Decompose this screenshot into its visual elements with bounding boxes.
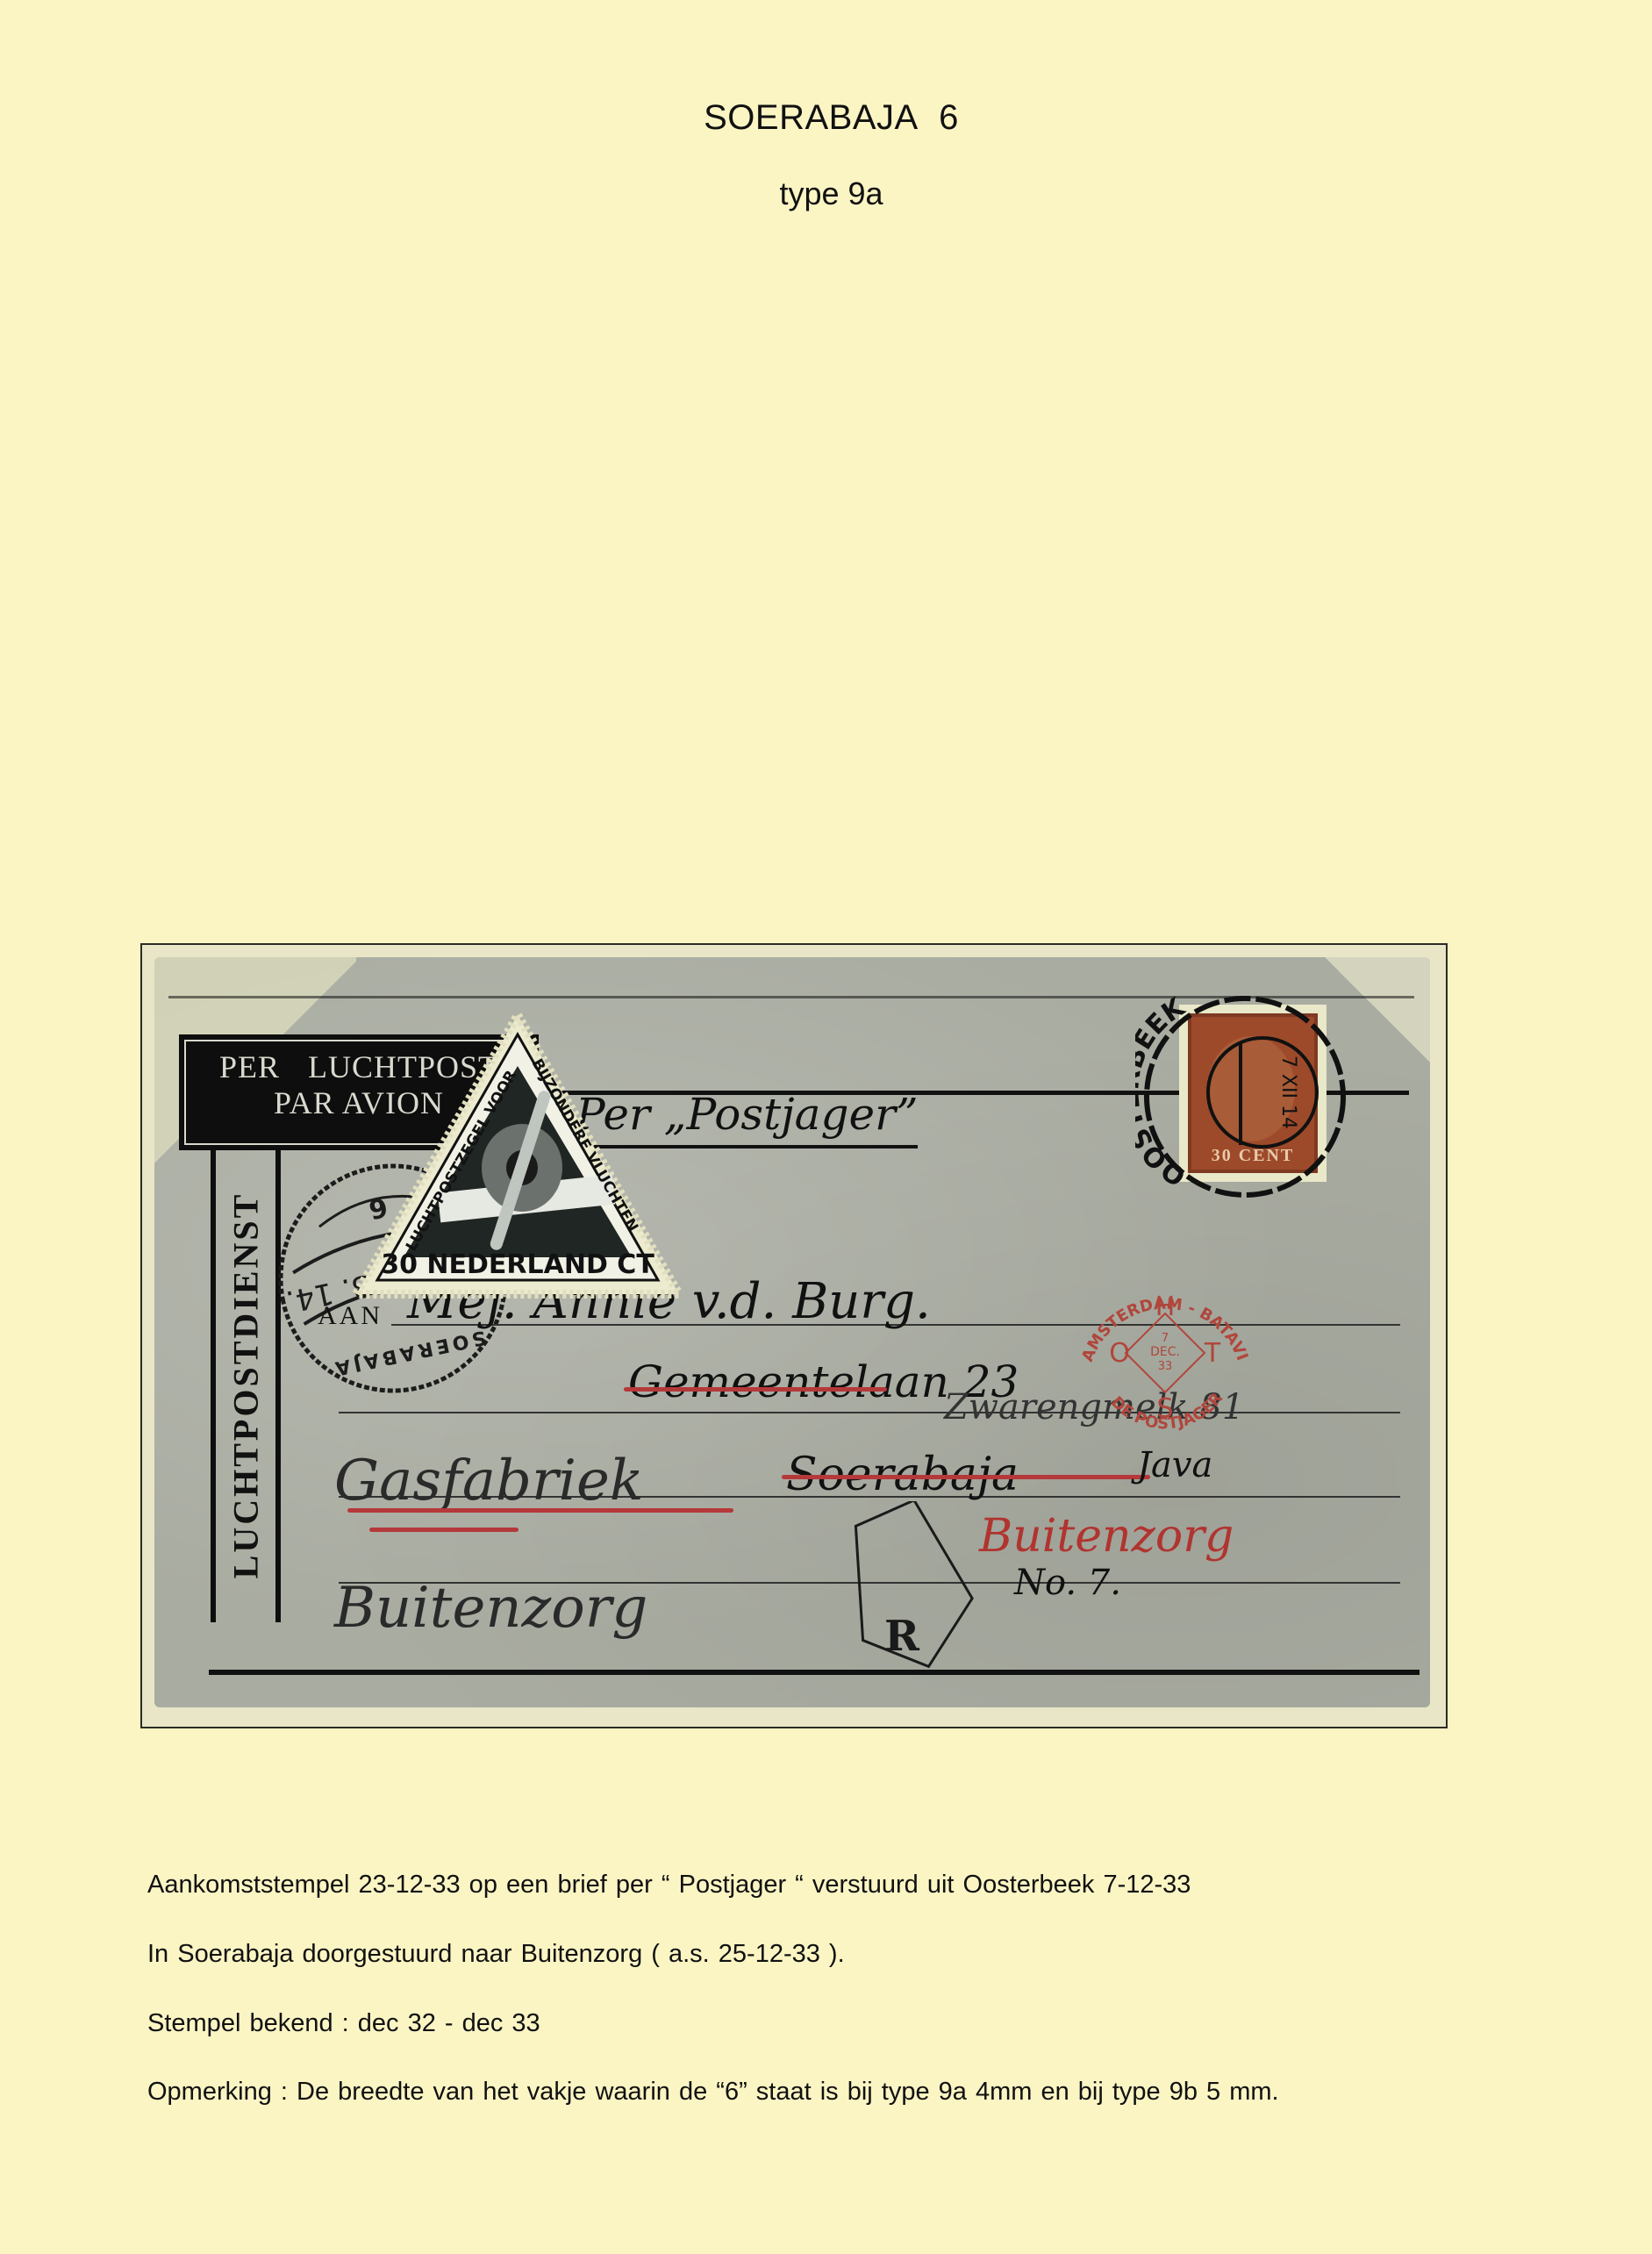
caption-known-period: Stempel bekend : dec 32 - dec 33 (147, 2009, 540, 2038)
postjager-red-cachet: AMSTERDAM - BATAVIA DE POSTJAGER H O T S… (1069, 1261, 1262, 1454)
caption-remark: Opmerking : De breedte van het vakje waa… (147, 2078, 1279, 2107)
red-strike-line3-a (347, 1508, 733, 1513)
red-strike-line3-b (369, 1528, 518, 1532)
handwritten-redirect-number: No. 7. (1014, 1563, 1121, 1603)
registration-mark: R (847, 1501, 979, 1677)
red-strike-street (624, 1387, 887, 1392)
triangle-airmail-stamp: 30 NEDERLAND CT LUCHTPOSTZEGEL VOOR BIJZ… (351, 1010, 684, 1299)
handwritten-line4: Buitenzorg (334, 1576, 647, 1641)
svg-text:H: H (1155, 1292, 1176, 1322)
airmail-envelope: PER LUCHTPOST PAR AVION LUCHTPOSTDIENST … (154, 957, 1430, 1707)
svg-text:S: S (1156, 1393, 1173, 1424)
svg-text:SOERABAJA: SOERABAJA (330, 1326, 488, 1380)
printed-aan: AAN (318, 1301, 383, 1331)
page-subtitle: type 9a (0, 175, 1652, 212)
bottom-frame-line (209, 1670, 1420, 1675)
svg-text:30 NEDERLAND CT: 30 NEDERLAND CT (381, 1249, 654, 1280)
svg-text:7: 7 (1162, 1332, 1169, 1345)
svg-text:7 XII 14: 7 XII 14 (1277, 1055, 1299, 1129)
svg-text:33: 33 (1158, 1360, 1173, 1373)
handwritten-redirect-red: Buitenzorg (979, 1510, 1234, 1563)
svg-text:DEC.: DEC. (1150, 1345, 1180, 1359)
svg-text:R: R (884, 1612, 920, 1661)
caption-forwarding: In Soerabaja doorgestuurd naar Buitenzor… (147, 1940, 845, 1969)
svg-text:OOSTERBEEK: OOSTERBEEK (1135, 991, 1191, 1192)
svg-text:O: O (1109, 1338, 1130, 1369)
cover-mount: PER LUCHTPOST PAR AVION LUCHTPOSTDIENST … (140, 943, 1448, 1728)
oosterbeek-origin-postmark: OOSTERBEEK 7 XII 14 (1135, 987, 1355, 1206)
page-title: SOERABAJA 6 (0, 98, 1652, 138)
luchtpostdienst-label: LUCHTPOSTDIENST (225, 1192, 267, 1579)
svg-text:T: T (1204, 1338, 1221, 1369)
caption-arrival-postmark: Aankomststempel 23-12-33 op een brief pe… (147, 1871, 1191, 1900)
handwritten-line3-left: Gasfabriek (334, 1449, 644, 1513)
red-strike-city (782, 1475, 1150, 1479)
